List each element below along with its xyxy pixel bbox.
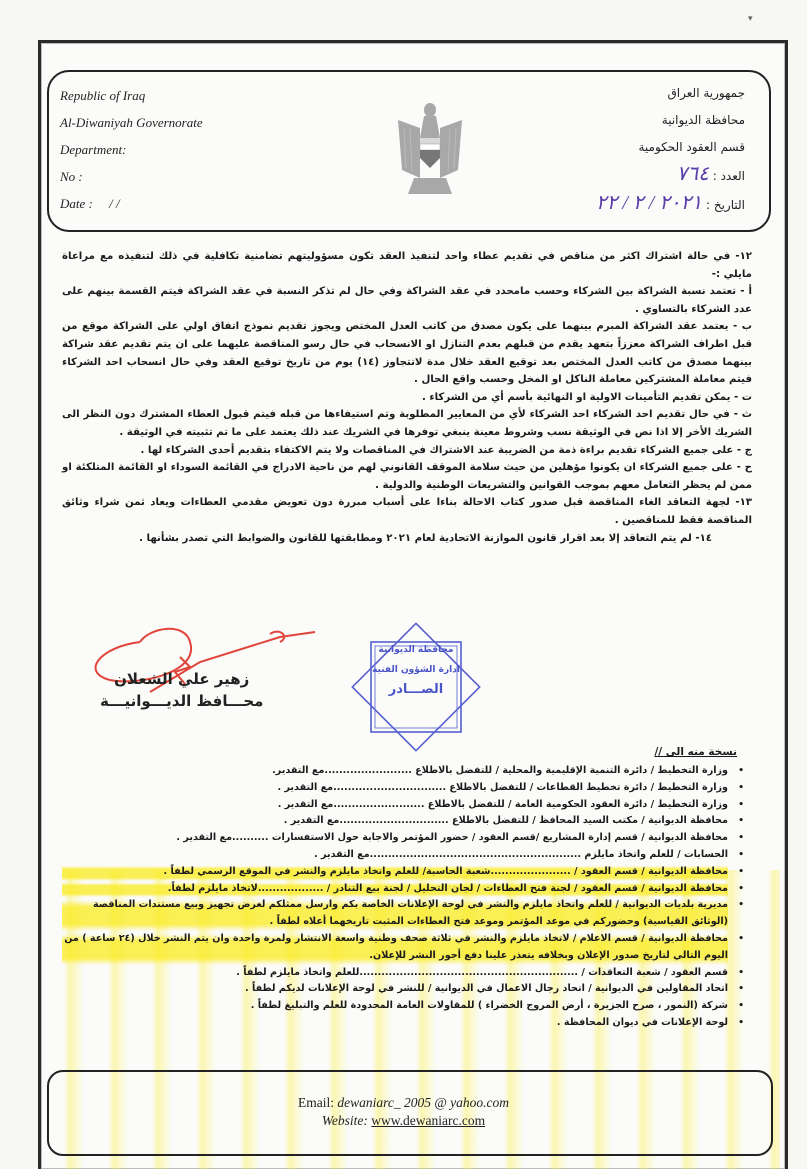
copy-recipient: اتحاد المقاولين في الديوانية / اتحاد رجا… (62, 981, 728, 998)
copies-list: وزارة التخطيط / دائرة التنمية الإقليمية … (62, 763, 752, 1032)
date-value-en: / / (109, 196, 119, 211)
copy-recipient: وزارة التخطيط / دائرة التنمية الإقليمية … (62, 763, 728, 780)
department-ar: قسم العقود الحكومية (596, 134, 745, 161)
footer-contact: Email: dewaniarc_ 2005 @ yahoo.com Websi… (0, 1094, 807, 1130)
copy-recipient-highlighted: محافظة الديوانية / قسم العقود / ........… (62, 864, 728, 881)
date-label-en: Date : (60, 196, 93, 211)
clause-12-h: ح - على جميع الشركاء ان يكونوا مؤهلين من… (62, 459, 752, 494)
iraq-emblem-icon (390, 98, 470, 198)
number-label-ar: العدد : (713, 169, 745, 183)
number-row-ar: العدد : ٧٦٤ (596, 161, 745, 190)
date-row-ar: التاريخ : ٢٠٢١ / ٢ / ٢٢ (596, 190, 745, 219)
email-row: Email: dewaniarc_ 2005 @ yahoo.com (0, 1094, 807, 1112)
website-label: Website: (322, 1113, 368, 1128)
website-row: Website: www.dewaniarc.com (0, 1112, 807, 1130)
country-en: Republic of Iraq (60, 82, 203, 109)
stamp-line-3: الصـــادر (336, 680, 496, 700)
number-value-ar: ٧٦٤ (677, 163, 709, 185)
stamp-line-2: ادارة الشؤون الفنية (336, 660, 496, 680)
copy-recipient: قسم العقود / شعبة التعاقدات / ..........… (62, 965, 728, 982)
clause-12: ١٢- في حالة اشتراك اكثر من مناقص في تقدي… (62, 248, 752, 283)
date-row-en: Date : / / (60, 190, 203, 217)
governorate-en: Al-Diwaniyah Governorate (60, 109, 203, 136)
email-value: dewaniarc_ 2005 @ yahoo.com (337, 1095, 509, 1110)
copy-recipient-highlighted: محافظة الديوانية / قسم العقود / لجنة فتح… (62, 881, 728, 898)
date-value-ar: ٢٠٢١ / ٢ / ٢٢ (596, 192, 702, 214)
signatory-name: زهير علي الشعلان (100, 668, 263, 690)
signature-block: زهير علي الشعلان محـــافظ الديـــوانيـــ… (100, 668, 263, 712)
copy-recipient: شركة (النمور ، صرح الجزيرة ، أرض المروج … (62, 998, 728, 1015)
number-label-en: No : (60, 163, 203, 190)
clause-12-th: ث - في حال تقديم احد الشركاء احد الشركاء… (62, 406, 752, 441)
letterhead-arabic: جمهورية العراق محافظة الديوانية قسم العق… (596, 80, 745, 219)
copy-recipient-highlighted: مديرية بلديات الديوانية / للعلم واتخاذ م… (62, 897, 728, 931)
letter-body: ١٢- في حالة اشتراك اكثر من مناقص في تقدي… (62, 248, 752, 547)
copy-recipient-highlighted: محافظة الديوانية / قسم الاعلام / لاتخاذ … (62, 931, 728, 965)
clause-12-j: ج - على جميع الشركاء تقديم براءة ذمة من … (62, 442, 752, 460)
copy-recipient: لوحة الإعلانات في ديوان المحافظة . (62, 1015, 728, 1032)
country-ar: جمهورية العراق (596, 80, 745, 107)
copy-recipient: محافظة الديوانية / مكتب السيد المحافظ / … (62, 813, 728, 830)
clause-12-t: ت - يمكن تقديم التأمينات الاولية او النه… (62, 389, 752, 407)
email-label: Email: (298, 1095, 334, 1110)
clause-13: ١٣- لجهة التعاقد الغاء المناقصة قبل صدور… (62, 494, 752, 529)
copy-recipient: الحسابات / للعلم واتخاذ مايلزم .........… (62, 847, 728, 864)
clause-14: ١٤- لم يتم التعاقد إلا بعد اقرار قانون ا… (62, 530, 752, 548)
clause-12-a: أ - تعتمد نسبة الشراكة بين الشركاء وحسب … (62, 283, 752, 318)
stamp-line-1: محافظة الديوانية (336, 640, 496, 660)
date-label-ar: التاريخ : (706, 198, 745, 212)
letterhead-english: Republic of Iraq Al-Diwaniyah Governorat… (60, 82, 203, 217)
stamp-text: محافظة الديوانية ادارة الشؤون الفنية الص… (336, 640, 496, 700)
clause-12-b: ب - يعتمد عقد الشراكة المبرم بينهما على … (62, 318, 752, 388)
copy-recipient: محافظة الديوانية / قسم إدارة المشاريع /ق… (62, 830, 728, 847)
website-link[interactable]: www.dewaniarc.com (371, 1113, 485, 1128)
department-label-en: Department: (60, 136, 203, 163)
scan-mark: ▾ (748, 14, 753, 24)
copies-title: نسخة منه الى // (654, 746, 737, 758)
governorate-ar: محافظة الديوانية (596, 107, 745, 134)
signatory-title: محـــافظ الديـــوانيـــة (100, 690, 263, 712)
copy-recipient: وزارة التخطيط / دائرة تخطيط القطاعات / ل… (62, 780, 728, 797)
copy-recipient: وزارة التخطيط / دائرة العقود الحكومية ال… (62, 797, 728, 814)
